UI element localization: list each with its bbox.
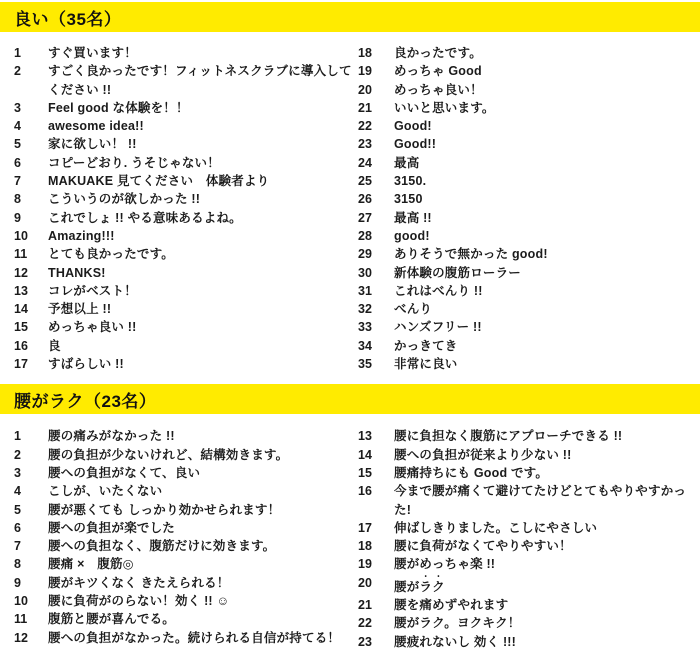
list-item: 23腰疲れないし 効く !!!: [358, 633, 700, 651]
item-number: 34: [358, 337, 394, 355]
item-text: いいと思います。: [394, 99, 700, 117]
list-item: 5腰が悪くても しっかり効かせられます！: [14, 501, 358, 519]
list-item: 9腰がキツくなく きたえられる！: [14, 574, 358, 592]
item-text: ハンズフリー !!: [394, 318, 700, 336]
list-item: 30新体験の腹筋ローラー: [358, 264, 700, 282]
item-number: 14: [14, 300, 48, 318]
list-item: 18良かったです。: [358, 44, 700, 62]
list-item: 6腰への負担が楽でした: [14, 519, 358, 537]
item-text: MAKUAKE 見てください 体験者より: [48, 172, 358, 190]
item-number: 15: [14, 318, 48, 336]
list-item: 4こしが、いたくない: [14, 482, 358, 500]
item-text: Amazing!!!: [48, 227, 358, 245]
item-number: 15: [358, 464, 394, 482]
list-item: 28good!: [358, 227, 700, 245]
list-item: 22Good!: [358, 117, 700, 135]
list-item: 19腰がめっちゃ楽 !!: [358, 555, 700, 573]
list-item: 2すごく良かったです！フィットネスクラブに導入してください !!: [14, 62, 358, 99]
item-number: 12: [14, 629, 48, 647]
backeasy-column-right: 13腰に負担なく腹筋にアプローチできる !!14腰への負担が従来より少ない !!…: [358, 427, 700, 651]
item-text: 腰への負担が楽でした: [48, 519, 358, 537]
backeasy-column-left: 1腰の痛みがなかった !!2腰の負担が少ないけれど、結構効きます。3腰への負担が…: [14, 427, 358, 651]
item-number: 26: [358, 190, 394, 208]
list-item: 2腰の負担が少ないけれど、結構効きます。: [14, 446, 358, 464]
item-text: 腰がラク: [394, 574, 700, 596]
item-text: すごく良かったです！フィットネスクラブに導入してください !!: [48, 62, 358, 99]
item-number: 27: [358, 209, 394, 227]
list-item: 13コレがベスト！: [14, 282, 358, 300]
list-item: 8こういうのが欲しかった !!: [14, 190, 358, 208]
item-text: 腹筋と腰が喜んでる。: [48, 610, 358, 628]
item-text: すばらしい !!: [48, 355, 358, 373]
list-item: 20腰がラク: [358, 574, 700, 596]
item-number: 21: [358, 99, 394, 117]
item-text: ありそうで無かった good!: [394, 245, 700, 263]
section-backeasy-header: 腰がラク（23名）: [0, 384, 700, 414]
item-text: 腰が悪くても しっかり効かせられます！: [48, 501, 358, 519]
list-item: 14腰への負担が従来より少ない !!: [358, 446, 700, 464]
item-text: 予想以上 !!: [48, 300, 358, 318]
item-text: 腰への負担が従来より少ない !!: [394, 446, 700, 464]
list-item: 34かっきてき: [358, 337, 700, 355]
item-text: 腰疲れないし 効く !!!: [394, 633, 700, 651]
item-number: 16: [358, 482, 394, 500]
item-number: 3: [14, 99, 48, 117]
item-number: 23: [358, 135, 394, 153]
list-item: 18腰に負荷がなくてやりやすい！: [358, 537, 700, 555]
item-text: 3150.: [394, 172, 700, 190]
list-item: 14予想以上 !!: [14, 300, 358, 318]
item-text: 伸ばしきりました。こしにやさしい: [394, 519, 700, 537]
item-text: 良かったです。: [394, 44, 700, 62]
item-text: 今まで腰が痛くて避けてたけどとてもやりやすかった!: [394, 482, 700, 519]
item-number: 21: [358, 596, 394, 614]
item-text: コレがベスト！: [48, 282, 358, 300]
emphasized-text: ラク: [419, 580, 444, 594]
list-item: 3Feel good な体験を！！: [14, 99, 358, 117]
item-text: べんり: [394, 300, 700, 318]
item-text: 腰への負担がなかった。続けられる自信が持てる！: [48, 629, 358, 647]
item-text: こういうのが欲しかった !!: [48, 190, 358, 208]
list-item: 17すばらしい !!: [14, 355, 358, 373]
list-item: 12THANKS!: [14, 264, 358, 282]
item-text: 腰への負担がなくて、良い: [48, 464, 358, 482]
list-item: 21腰を痛めずやれます: [358, 596, 700, 614]
item-text: 最高: [394, 154, 700, 172]
list-item: 19めっちゃ Good: [358, 62, 700, 80]
list-item: 10Amazing!!!: [14, 227, 358, 245]
item-text: これでしょ !! やる意味あるよね。: [48, 209, 358, 227]
survey-feedback-page: 良い（35名） 1すぐ買います！2すごく良かったです！フィットネスクラブに導入し…: [0, 2, 700, 659]
list-item: 9これでしょ !! やる意味あるよね。: [14, 209, 358, 227]
good-column-right: 18良かったです。19めっちゃ Good20めっちゃ良い！21いいと思います。2…: [358, 44, 700, 373]
item-number: 13: [358, 427, 394, 445]
item-number: 3: [14, 464, 48, 482]
item-text: かっきてき: [394, 337, 700, 355]
item-number: 17: [14, 355, 48, 373]
list-item: 31これはべんり !!: [358, 282, 700, 300]
item-number: 9: [14, 209, 48, 227]
list-item: 35非常に良い: [358, 355, 700, 373]
item-text: 腰への負担なく、腹筋だけに効きます。: [48, 537, 358, 555]
good-column-left: 1すぐ買います！2すごく良かったです！フィットネスクラブに導入してください !!…: [14, 44, 358, 373]
item-number: 1: [14, 44, 48, 62]
list-item: 11腹筋と腰が喜んでる。: [14, 610, 358, 628]
item-text: めっちゃ良い！: [394, 81, 700, 99]
item-number: 9: [14, 574, 48, 592]
item-text: コピーどおり. うそじゃない！: [48, 154, 358, 172]
item-number: 7: [14, 172, 48, 190]
item-text: good!: [394, 227, 700, 245]
list-item: 263150: [358, 190, 700, 208]
list-item: 15腰痛持ちにも Good です。: [358, 464, 700, 482]
item-number: 13: [14, 282, 48, 300]
list-item: 23Good!!: [358, 135, 700, 153]
list-item: 11とても良かったです。: [14, 245, 358, 263]
item-text: 腰の負担が少ないけれど、結構効きます。: [48, 446, 358, 464]
list-item: 33ハンズフリー !!: [358, 318, 700, 336]
item-number: 10: [14, 227, 48, 245]
list-item: 12腰への負担がなかった。続けられる自信が持てる！: [14, 629, 358, 647]
list-item: 24最高: [358, 154, 700, 172]
list-item: 32べんり: [358, 300, 700, 318]
item-number: 16: [14, 337, 48, 355]
item-text: awesome idea!!: [48, 117, 358, 135]
list-item: 20めっちゃ良い！: [358, 81, 700, 99]
item-text: 家に欲しい！ !!: [48, 135, 358, 153]
section-good-title: 良い（35名）: [14, 5, 121, 30]
list-item: 16今まで腰が痛くて避けてたけどとてもやりやすかった!: [358, 482, 700, 519]
item-number: 19: [358, 555, 394, 573]
item-number: 35: [358, 355, 394, 373]
item-number: 12: [14, 264, 48, 282]
section-backeasy-title: 腰がラク（23名）: [14, 387, 156, 412]
item-text: これはべんり !!: [394, 282, 700, 300]
list-item: 22腰がラク。ヨクキク！: [358, 614, 700, 632]
section-good-body: 1すぐ買います！2すごく良かったです！フィットネスクラブに導入してください !!…: [0, 32, 700, 373]
item-number: 22: [358, 117, 394, 135]
item-number: 11: [14, 610, 48, 628]
list-item: 13腰に負担なく腹筋にアプローチできる !!: [358, 427, 700, 445]
item-text: めっちゃ Good: [394, 62, 700, 80]
item-number: 18: [358, 44, 394, 62]
item-number: 22: [358, 614, 394, 632]
item-number: 6: [14, 519, 48, 537]
item-number: 30: [358, 264, 394, 282]
item-number: 17: [358, 519, 394, 537]
list-item: 7MAKUAKE 見てください 体験者より: [14, 172, 358, 190]
item-number: 33: [358, 318, 394, 336]
item-number: 4: [14, 117, 48, 135]
list-item: 21いいと思います。: [358, 99, 700, 117]
item-text: 3150: [394, 190, 700, 208]
list-item: 1すぐ買います！: [14, 44, 358, 62]
item-text: 腰に負荷がなくてやりやすい！: [394, 537, 700, 555]
item-number: 8: [14, 555, 48, 573]
item-number: 5: [14, 135, 48, 153]
list-item: 15めっちゃ良い !!: [14, 318, 358, 336]
list-item: 1腰の痛みがなかった !!: [14, 427, 358, 445]
list-item: 8腰痛 × 腹筋◎: [14, 555, 358, 573]
item-text: 腰痛持ちにも Good です。: [394, 464, 700, 482]
item-number: 2: [14, 62, 48, 80]
item-number: 20: [358, 574, 394, 592]
item-text: すぐ買います！: [48, 44, 358, 62]
item-text: 腰痛 × 腹筋◎: [48, 555, 358, 573]
item-number: 10: [14, 592, 48, 610]
list-item: 253150.: [358, 172, 700, 190]
item-text: Good!: [394, 117, 700, 135]
list-item: 7腰への負担なく、腹筋だけに効きます。: [14, 537, 358, 555]
item-text: 腰がめっちゃ楽 !!: [394, 555, 700, 573]
item-number: 25: [358, 172, 394, 190]
section-good-header: 良い（35名）: [0, 2, 700, 32]
list-item: 10腰に負荷がのらない！効く !! ☺: [14, 592, 358, 610]
item-text: めっちゃ良い !!: [48, 318, 358, 336]
item-number: 23: [358, 633, 394, 651]
item-text: 腰の痛みがなかった !!: [48, 427, 358, 445]
item-text: Feel good な体験を！！: [48, 99, 358, 117]
list-item: 3腰への負担がなくて、良い: [14, 464, 358, 482]
item-text: 最高 !!: [394, 209, 700, 227]
item-text: 腰を痛めずやれます: [394, 596, 700, 614]
item-number: 24: [358, 154, 394, 172]
item-number: 1: [14, 427, 48, 445]
item-text: 腰がキツくなく きたえられる！: [48, 574, 358, 592]
list-item: 16良: [14, 337, 358, 355]
item-text: 良: [48, 337, 358, 355]
item-number: 19: [358, 62, 394, 80]
list-item: 4awesome idea!!: [14, 117, 358, 135]
list-item: 6コピーどおり. うそじゃない！: [14, 154, 358, 172]
item-text: 腰に負担なく腹筋にアプローチできる !!: [394, 427, 700, 445]
item-text: 腰に負荷がのらない！効く !! ☺: [48, 592, 358, 610]
item-number: 14: [358, 446, 394, 464]
item-text: こしが、いたくない: [48, 482, 358, 500]
item-number: 29: [358, 245, 394, 263]
item-text: 非常に良い: [394, 355, 700, 373]
item-number: 32: [358, 300, 394, 318]
item-number: 2: [14, 446, 48, 464]
item-text: Good!!: [394, 135, 700, 153]
item-number: 18: [358, 537, 394, 555]
item-number: 28: [358, 227, 394, 245]
section-backeasy-body: 1腰の痛みがなかった !!2腰の負担が少ないけれど、結構効きます。3腰への負担が…: [0, 414, 700, 651]
item-number: 4: [14, 482, 48, 500]
item-text: 新体験の腹筋ローラー: [394, 264, 700, 282]
item-text: THANKS!: [48, 264, 358, 282]
item-number: 31: [358, 282, 394, 300]
item-number: 6: [14, 154, 48, 172]
list-item: 17伸ばしきりました。こしにやさしい: [358, 519, 700, 537]
item-number: 7: [14, 537, 48, 555]
item-number: 8: [14, 190, 48, 208]
item-number: 20: [358, 81, 394, 99]
item-number: 5: [14, 501, 48, 519]
list-item: 5家に欲しい！ !!: [14, 135, 358, 153]
item-text: とても良かったです。: [48, 245, 358, 263]
item-text: 腰がラク。ヨクキク！: [394, 614, 700, 632]
list-item: 27最高 !!: [358, 209, 700, 227]
list-item: 29ありそうで無かった good!: [358, 245, 700, 263]
item-number: 11: [14, 245, 48, 263]
